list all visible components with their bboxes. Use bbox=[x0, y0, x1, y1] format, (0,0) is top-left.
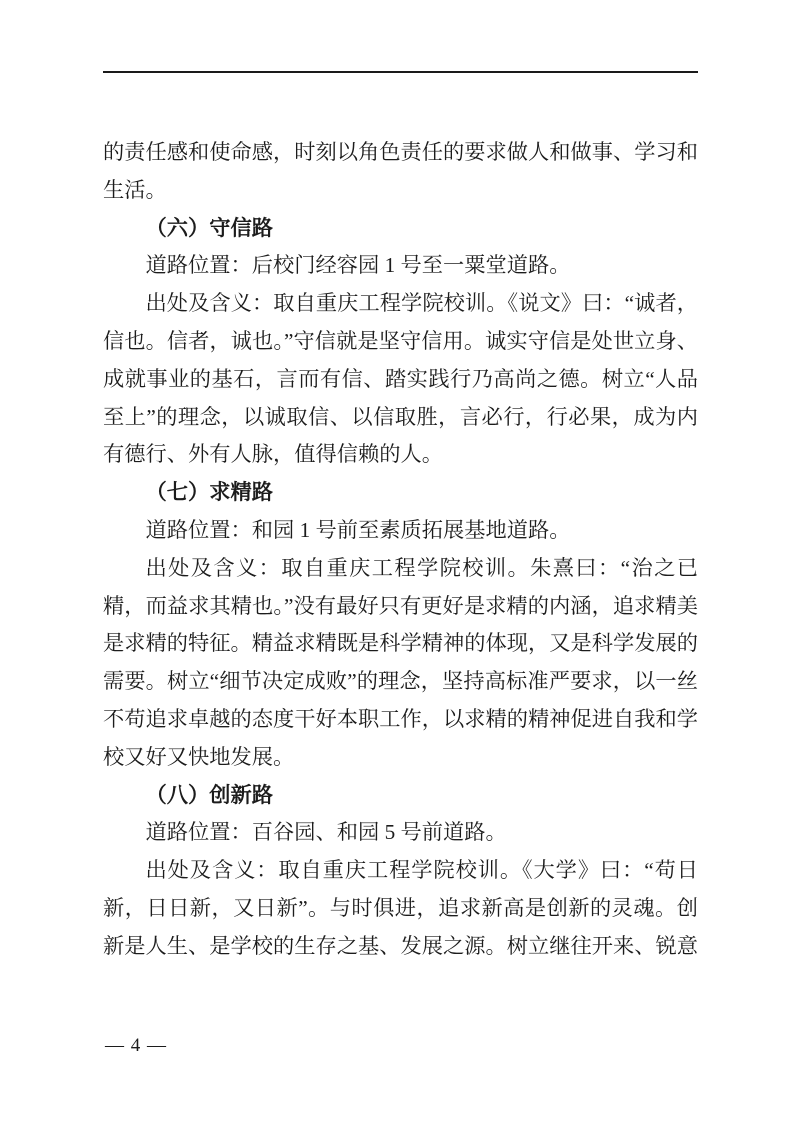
paragraph: 的责任感和使命感，时刻以角色责任的要求做人和做事、学习和生活。 bbox=[103, 134, 698, 210]
paragraph-road-location: 道路位置：后校门经容园 1 号至一粟堂道路。 bbox=[103, 247, 698, 285]
paragraph-road-location: 道路位置：百谷园、和园 5 号前道路。 bbox=[103, 814, 698, 852]
paragraph-origin-meaning: 出处及含义：取自重庆工程学院校训。朱熹曰：“治之已精，而益求其精也。”没有最好只… bbox=[103, 550, 698, 777]
paragraph-origin-meaning: 出处及含义：取自重庆工程学院校训。《大学》曰：“苟日新，日日新，又日新”。与时俱… bbox=[103, 852, 698, 965]
section-heading-shouxin-road: （六）守信路 bbox=[103, 210, 698, 248]
document-body: 的责任感和使命感，时刻以角色责任的要求做人和做事、学习和生活。 （六）守信路 道… bbox=[103, 134, 698, 966]
page-number: — 4 — bbox=[105, 1032, 167, 1060]
paragraph-origin-meaning: 出处及含义：取自重庆工程学院校训。《说文》曰：“诚者，信也。信者，诚也。”守信就… bbox=[103, 285, 698, 474]
header-divider bbox=[103, 71, 698, 73]
section-heading-qiujing-road: （七）求精路 bbox=[103, 474, 698, 512]
document-page: 的责任感和使命感，时刻以角色责任的要求做人和做事、学习和生活。 （六）守信路 道… bbox=[0, 0, 793, 1122]
section-heading-chuangxin-road: （八）创新路 bbox=[103, 777, 698, 815]
paragraph-road-location: 道路位置：和园 1 号前至素质拓展基地道路。 bbox=[103, 512, 698, 550]
